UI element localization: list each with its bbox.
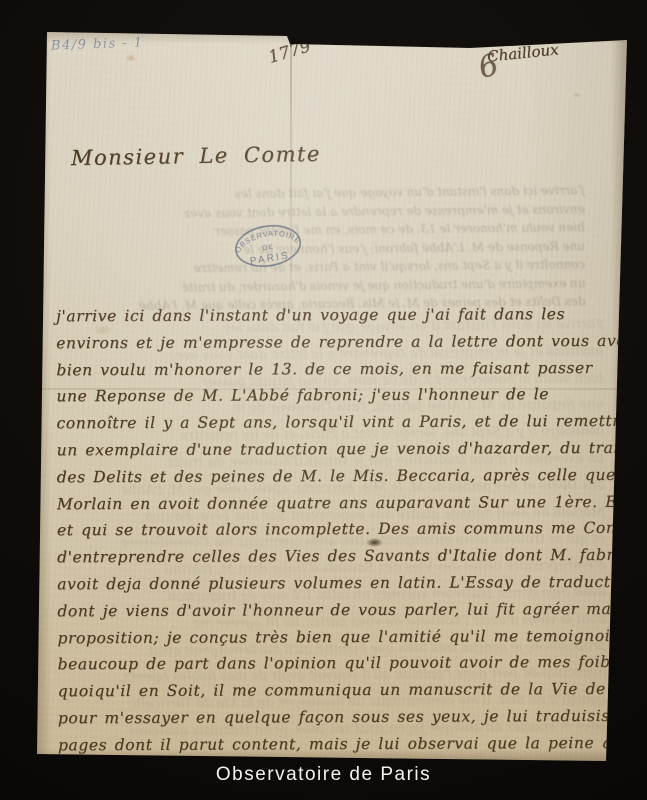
letter-line: proposition; je conçus très bien que l'a… xyxy=(57,622,643,651)
letter-line: pour m'essayer en quelque façon sous ses… xyxy=(58,703,644,732)
letter-line: Morlain en avoit donnée quatre ans aupar… xyxy=(57,488,643,517)
letter-line: pages dont il parut content, mais je lui… xyxy=(58,729,644,758)
bleedthrough-line: j'arrive ici dans l'instant d'un voyage … xyxy=(52,181,584,205)
letter-line: environs et je m'empresse de reprendre a… xyxy=(56,328,642,357)
letter-line: un exemplaire d'une traduction que je ve… xyxy=(57,435,643,464)
caption: Observatoire de Paris xyxy=(0,764,647,786)
letter-line: beaucoup de part dans l'opinion qu'il po… xyxy=(58,649,644,678)
letter-line: dont je viens d'avoir l'honneur de vous … xyxy=(57,595,643,624)
letter-line: bien voulu m'honorer le 13. de ce mois, … xyxy=(56,354,642,383)
bleedthrough-text: j'arrive ici dans l'instant d'un voyage … xyxy=(52,181,585,317)
bleedthrough-line: environs et je m'empresse de reprendre a… xyxy=(53,200,585,224)
bleedthrough-line: connoître il y a Sept ans, lorsqu'il vin… xyxy=(53,255,585,279)
stamp-text-middle: DE xyxy=(262,244,275,253)
letter-line: j'arrive ici dans l'instant d'un voyage … xyxy=(56,301,642,330)
photo-background: j'arrive ici dans l'instant d'un voyage … xyxy=(0,0,647,800)
observatoire-stamp: OBSERVATOIRE DE PARIS xyxy=(219,211,317,280)
stamp-text-bottom: PARIS xyxy=(249,250,290,267)
bleedthrough-line: une Reponse de M. L'Abbé fabroni; j'eus … xyxy=(53,237,585,261)
letter-line: avoit deja donné plusieurs volumes en la… xyxy=(57,569,643,598)
bleedthrough-line: un exemplaire d'une traduction que je ve… xyxy=(53,274,585,298)
letter-body: j'arrive ici dans l'instant d'un voyage … xyxy=(56,301,644,759)
letter-line: d'entreprendre celles des Vies des Savan… xyxy=(57,542,643,571)
letter-line: des Delits et des peines de M. le Mis. B… xyxy=(57,462,643,491)
letter-line: quoiqu'il en Soit, il me communiqua un m… xyxy=(58,676,644,705)
letter-page: j'arrive ici dans l'instant d'un voyage … xyxy=(37,32,627,761)
stain xyxy=(125,54,137,62)
bleedthrough-line: bien voulu m'honorer le 13. de ce mois, … xyxy=(53,218,585,242)
salutation: Monsieur Le Comte xyxy=(71,142,321,170)
letter-line: connoître il y a Sept ans, lorsqu'il vin… xyxy=(56,408,642,437)
archival-note: B4/9 bis - 1 xyxy=(51,35,144,53)
stain xyxy=(573,92,581,98)
letter-line: une Reponse de M. L'Abbé fabroni; j'eus … xyxy=(56,381,642,410)
letter-line: et qui se trouvoit alors incomplette. De… xyxy=(57,515,643,544)
